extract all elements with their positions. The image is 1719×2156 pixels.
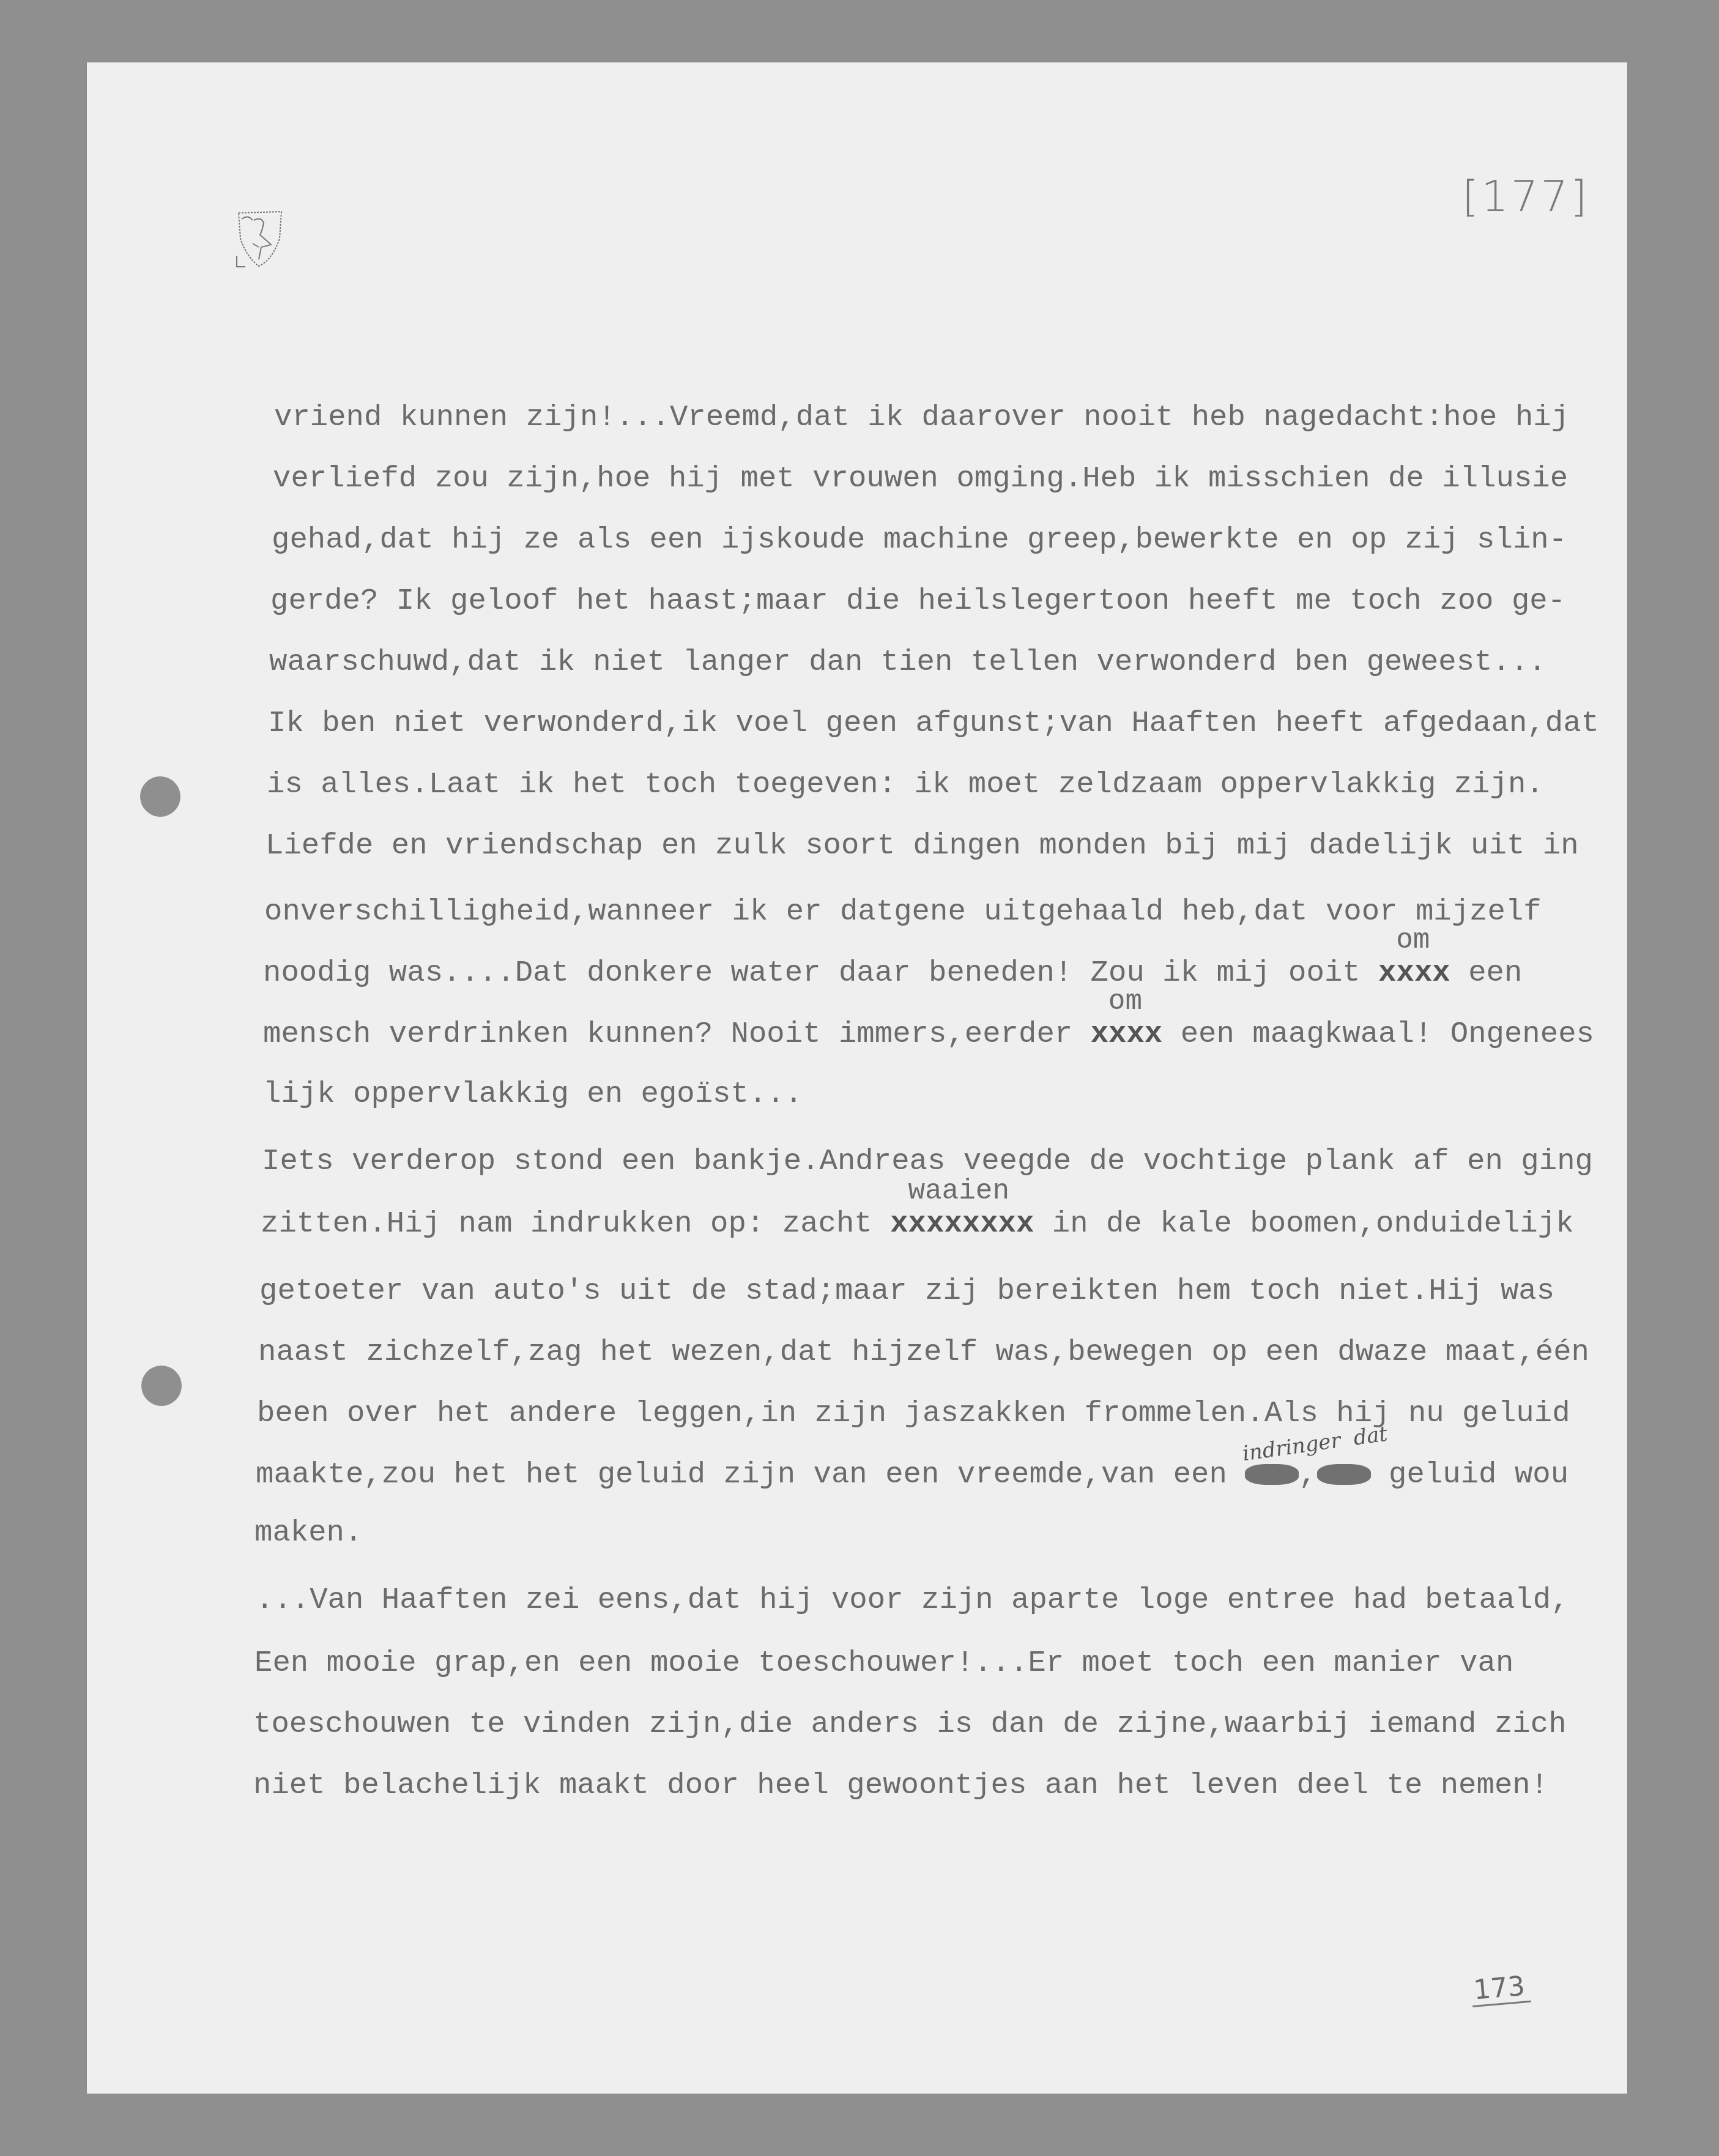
punch-hole-bottom [141, 1366, 182, 1406]
text-line: zitten.Hij nam indrukken op: zacht xxxxx… [261, 1205, 1574, 1242]
text-segment: een [1450, 956, 1523, 990]
text-line: Ik ben niet verwonderd,ik voel geen afgu… [268, 705, 1599, 742]
text-segment: geluid wou [1371, 1457, 1569, 1492]
typed-correction: waaien [908, 1176, 1009, 1206]
text-line: verliefd zou zijn,hoe hij met vrouwen om… [273, 460, 1568, 497]
text-segment: maakte,zou het het geluid zijn van een v… [256, 1457, 1245, 1492]
text-line: naast zichzelf,zag het wezen,dat hijzelf… [258, 1334, 1589, 1370]
text-segment: mensch verdrinken kunnen? Nooit immers,e… [263, 1017, 1091, 1051]
text-segment: zitten.Hij nam indrukken op: zacht [261, 1206, 890, 1241]
text-line: lijk oppervlakkig en egoïst... [263, 1076, 803, 1112]
archive-number: [177] [1462, 171, 1589, 221]
text-line: vriend kunnen zijn!...Vreemd,dat ik daar… [274, 399, 1569, 436]
text-line: Liefde en vriendschap en zulk soort ding… [265, 827, 1579, 864]
text-line: gehad,dat hij ze als een ijskoude machin… [272, 521, 1567, 558]
typed-correction: om [1396, 925, 1430, 956]
struck-out-word: xxxx [1378, 956, 1450, 990]
text-line: Iets verderop stond een bankje.Andreas v… [262, 1143, 1593, 1180]
struck-out-word: xxxxxxxx [890, 1206, 1034, 1241]
scribbled-out-words: , [1245, 1457, 1370, 1492]
text-line: niet belachelijk maakt door heel gewoont… [253, 1767, 1548, 1804]
text-segment: in de kale boomen,onduidelijk [1034, 1206, 1573, 1241]
text-line: ...Van Haaften zei eens,dat hij voor zij… [256, 1582, 1569, 1618]
text-line: gerde? Ik geloof het haast;maar die heil… [270, 582, 1565, 619]
struck-out-word: xxxx [1091, 1017, 1163, 1051]
page-number: 173 [1470, 1972, 1531, 2007]
text-line: waarschuwd,dat ik niet langer dan tien t… [269, 644, 1546, 680]
text-line: Een mooie grap,en een mooie toeschouwer!… [254, 1645, 1513, 1681]
punch-hole-top [140, 776, 180, 817]
text-segment: noodig was....Dat donkere water daar ben… [263, 956, 1378, 990]
text-line: is alles.Laat ik het toch toegeven: ik m… [267, 766, 1544, 803]
text-line: onverschilligheid,wanneer ik er datgene … [264, 893, 1542, 930]
typed-correction: om [1108, 986, 1142, 1017]
text-line: maken. [254, 1514, 362, 1551]
text-line: mensch verdrinken kunnen? Nooit immers,e… [263, 1016, 1594, 1052]
text-line: noodig was....Dat donkere water daar ben… [263, 954, 1522, 991]
text-line: toeschouwen te vinden zijn,die anders is… [253, 1706, 1567, 1742]
text-line: maakte,zou het het geluid zijn van een v… [256, 1456, 1569, 1493]
text-line: getoeter van auto's uit de stad;maar zij… [259, 1273, 1554, 1309]
bird-shield-stamp-icon [236, 208, 284, 269]
text-segment: een maagkwaal! Ongenees [1162, 1017, 1594, 1051]
